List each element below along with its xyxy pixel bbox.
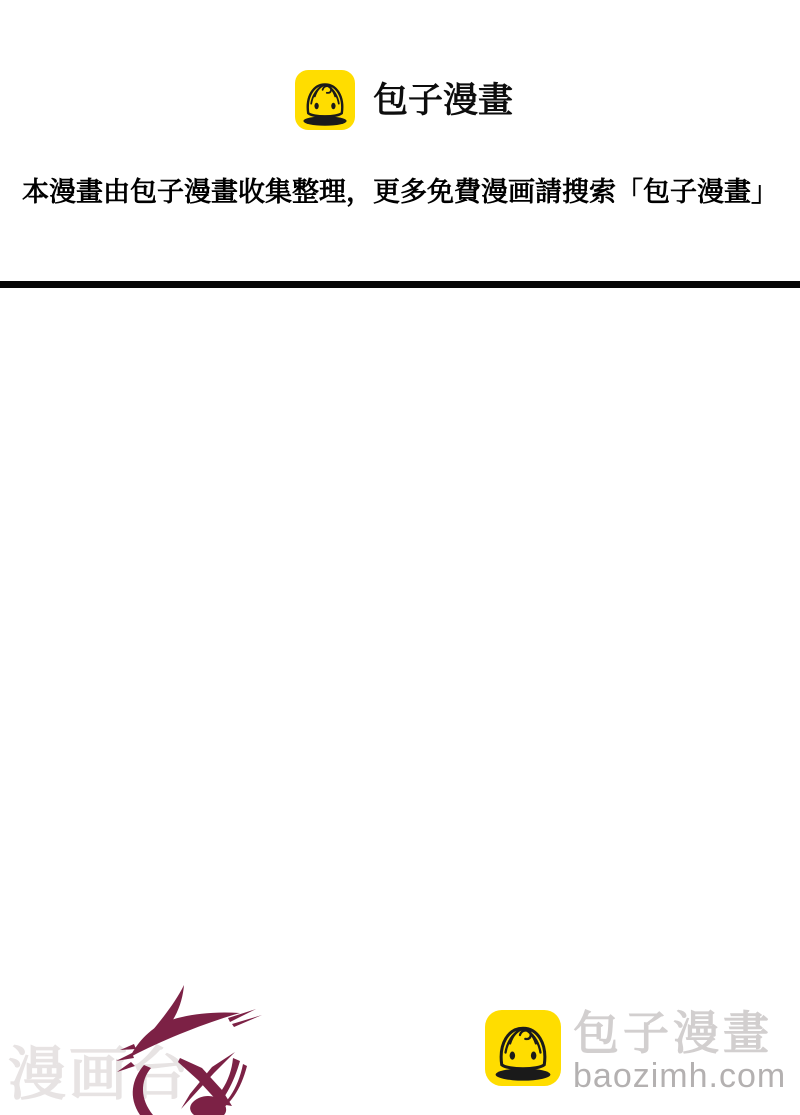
notice-text: 本漫畫由包子漫畫收集整理，更多免費漫画請搜索「包子漫畫」 xyxy=(0,176,800,208)
footer-brand: 包子漫畫 baozimh.com xyxy=(485,1010,786,1093)
panel-divider-bar xyxy=(0,281,800,288)
baozi-logo-icon xyxy=(295,70,355,130)
comic-page: 包子漫畫 本漫畫由包子漫畫收集整理，更多免費漫画請搜索「包子漫畫」 漫画台 xyxy=(0,0,800,1115)
footer-brand-title: 包子漫畫 xyxy=(573,1010,786,1057)
brand-title: 包子漫畫 xyxy=(373,83,513,118)
brush-calligraphy-artwork xyxy=(90,965,320,1115)
footer-brand-text: 包子漫畫 baozimh.com xyxy=(573,1010,786,1093)
baozi-logo-icon xyxy=(485,1010,561,1086)
footer-brand-domain: baozimh.com xyxy=(573,1059,786,1093)
brand-header: 包子漫畫 xyxy=(295,70,513,130)
